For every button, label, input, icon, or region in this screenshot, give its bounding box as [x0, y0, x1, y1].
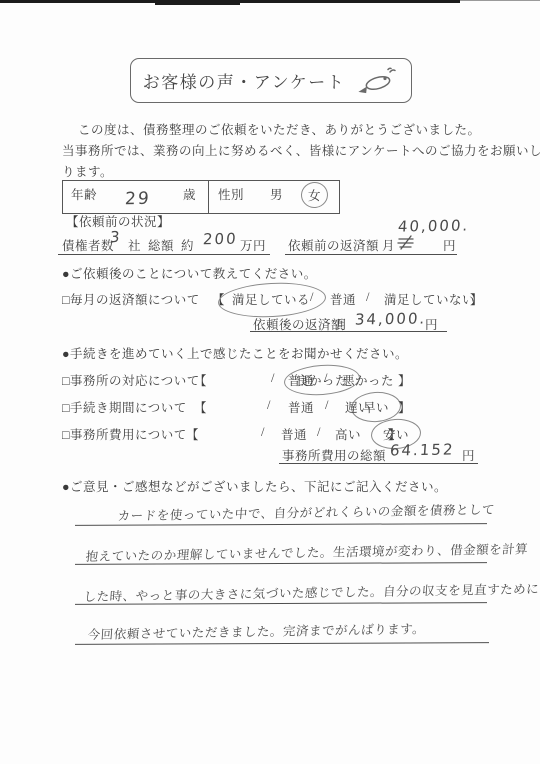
scan-edge: [460, 0, 540, 1]
option-bad: 悪かった: [342, 371, 394, 389]
scribble-crossed-out: [396, 234, 418, 251]
gender-label: 性別: [218, 185, 244, 203]
age-unit: 歳: [183, 185, 196, 203]
intro-line: ります。: [62, 162, 113, 180]
underline: [279, 463, 478, 464]
option-separator: /: [267, 398, 271, 413]
q-period-label: □手続き期間について: [62, 398, 187, 416]
intro-line: この度は、債務整理のご依頼をいただき、ありがとうございました。: [78, 120, 481, 138]
option-separator: /: [366, 290, 370, 305]
scanned-survey-page: お客様の声・アンケート この度は、債務整理のご依頼をいただき、ありがとうございま…: [0, 0, 540, 764]
intro-line: 当事務所では、業務の向上に努めるべく、皆様にアンケートへのご協力をお願いしてお: [62, 141, 540, 159]
option-expensive: 高い: [335, 425, 361, 443]
fee-total-value-handwritten: 64.152: [389, 440, 455, 459]
comment-line-handwritten: 今回依頼させていただきました。完済までがんばります。: [87, 619, 426, 643]
creditors-value-handwritten: 3: [109, 228, 122, 246]
page-title: お客様の声・アンケート: [143, 68, 345, 93]
prev-payment-value-handwritten: 40,000.: [397, 216, 470, 235]
prev-payment-yen: 円: [443, 236, 456, 254]
bracket-open: 【: [194, 371, 207, 389]
comment-underline: [75, 642, 489, 645]
age-value-handwritten: 29: [124, 189, 151, 209]
bracket-open: 【: [212, 290, 225, 308]
fee-total-label: 事務所費用の総額: [282, 446, 386, 464]
prev-payment-label: 依頼前の返済額: [288, 236, 379, 254]
scan-edge: [0, 0, 158, 3]
age-label: 年齢: [71, 185, 97, 203]
pen-icon: [357, 67, 399, 95]
creditors-unit: 社: [128, 236, 141, 254]
option-satisfied-circled: 満足している: [232, 290, 310, 308]
comment-line-handwritten: した時、やっと事の大きさに気づいた感じでした。自分の収支を見直すためにも: [83, 579, 540, 605]
comments-heading: ●ご意見・ご感想などがございましたら、下記にご記入ください。: [62, 477, 447, 495]
bracket-close: 】: [388, 425, 401, 443]
q-office-response-label: □事務所の対応について: [62, 371, 200, 389]
total-unit: 万円: [240, 236, 266, 254]
option-normal: 普通: [281, 425, 307, 443]
underline: [58, 254, 270, 255]
option-normal: 普通: [288, 398, 314, 416]
after-payment-value-handwritten: 34,000.: [354, 309, 427, 328]
fee-total-yen: 円: [462, 446, 475, 464]
option-slow: 遅い: [345, 398, 371, 416]
option-normal: 普通: [330, 290, 356, 308]
bracket-open: 【: [194, 398, 207, 416]
bracket-open: 【: [186, 425, 199, 443]
bracket-close: 】: [470, 290, 483, 308]
option-separator: /: [271, 371, 275, 386]
process-section-heading: ●手続きを進めていく上で感じたことをお聞かせください。: [62, 344, 408, 362]
comment-line-handwritten: 抱えていたのか理解していませんでした。生活環境が変わり、借金額を計算: [85, 539, 529, 565]
total-approx: 約: [181, 236, 194, 254]
q-monthly-payment-label: □毎月の返済額について: [62, 290, 200, 308]
comment-line-handwritten: カードを使っていた中で、自分がどれくらいの金額を債務として: [117, 500, 496, 525]
creditors-label: 債権者数: [62, 236, 114, 254]
table-divider: [208, 181, 209, 213]
scan-edge: [238, 0, 460, 3]
option-separator: /: [310, 290, 314, 305]
title-box: お客様の声・アンケート: [130, 58, 412, 103]
underline: [285, 254, 457, 255]
option-separator: /: [325, 398, 329, 413]
option-normal: 普通: [288, 371, 314, 389]
after-section-heading: ●ご依頼後のことについて教えてください。: [62, 264, 317, 282]
gender-option-male: 男: [270, 185, 283, 203]
option-not-satisfied: 満足していない: [384, 290, 475, 308]
bracket-close: 】: [398, 398, 411, 416]
gender-option-female-circled: 女: [308, 186, 321, 204]
total-label: 総額: [148, 236, 174, 254]
total-value-handwritten: 200: [202, 230, 238, 249]
underline: [250, 331, 447, 332]
option-separator: /: [317, 425, 321, 440]
profile-table: 年齢 29 歳 性別 男 女: [62, 180, 340, 214]
bracket-close: 】: [398, 371, 411, 389]
prev-payment-month: 月: [382, 236, 395, 254]
option-separator: /: [261, 425, 265, 440]
option-separator: /: [324, 371, 328, 386]
q-fee-label: □事務所費用について: [62, 425, 187, 443]
scan-edge: [155, 0, 240, 5]
